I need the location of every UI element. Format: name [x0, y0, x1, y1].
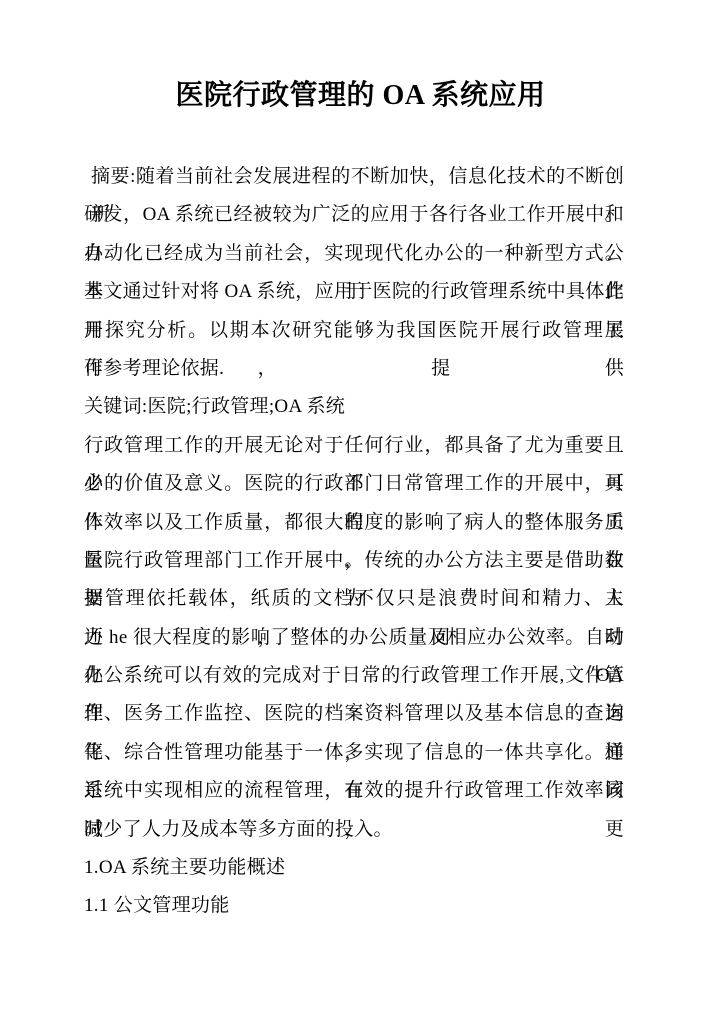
document-page: 医院行政管理的 OA 系统应用 摘要:随着当前社会发展进程的不断加快，信息化技术… — [0, 0, 721, 1020]
text-line: 开探究分析。以期本次研究能够为我国医院开展行政管理工作，提供 — [84, 312, 624, 350]
text-line: 少的价值及意义。医院的行政部门日常管理工作的开展中，具体的工 — [84, 465, 624, 503]
text-line: 医院行政管理部门工作开展中，传统的办公方法主要是借助数据为主 — [84, 542, 624, 580]
text-line: 1.1 公文管理功能 — [84, 887, 624, 925]
document-title: 医院行政管理的 OA 系统应用 — [0, 78, 721, 114]
document-body: 摘要:随着当前社会发展进程的不断加快，信息化技术的不断创新和研发，OA 系统已经… — [84, 158, 624, 926]
text-line: 研发，OA 系统已经被较为广泛的应用于各行各业工作开展中。办公 — [84, 196, 624, 234]
text-line: 本文通过针对将 OA 系统，应用于医院的行政管理系统中具体作用展 — [84, 273, 624, 311]
text-line: 作、医务工作监控、医院的档案资料管理以及基本信息的查询等多样 — [84, 695, 624, 733]
text-line: 化、综合性管理功能基于一体，实现了信息的一体共享化。通过在该 — [84, 734, 624, 772]
text-line: 关键词:医院;行政管理;OA 系统 — [84, 388, 624, 426]
text-line: 要管理依托载体，纸质的文档不仅只是浪费时间和精力、人力，同时 — [84, 580, 624, 618]
text-line: 系统中实现相应的流程管理，有效的提升行政管理工作效率同时，更 — [84, 772, 624, 810]
text-line: 行政管理工作的开展无论对于任何行业，都具备了尤为重要且必不可 — [84, 427, 624, 465]
text-line: 办公系统可以有效的完成对于日常的行政管理工作开展,文件管理运 — [84, 657, 624, 695]
text-line: 作效率以及工作质量，都很大程度的影响了病人的整体服务质量。在 — [84, 504, 624, 542]
text-line: 自动化已经成为当前社会，实现现代化办公的一种新型方式。基于此 — [84, 235, 624, 273]
text-line: 还 he 很大程度的影响了整体的办公质量及相应办公效率。自动化 OA — [84, 619, 624, 657]
text-line: 1.OA 系统主要功能概述 — [84, 849, 624, 887]
text-line: 摘要:随着当前社会发展进程的不断加快，信息化技术的不断创新和 — [84, 158, 624, 196]
